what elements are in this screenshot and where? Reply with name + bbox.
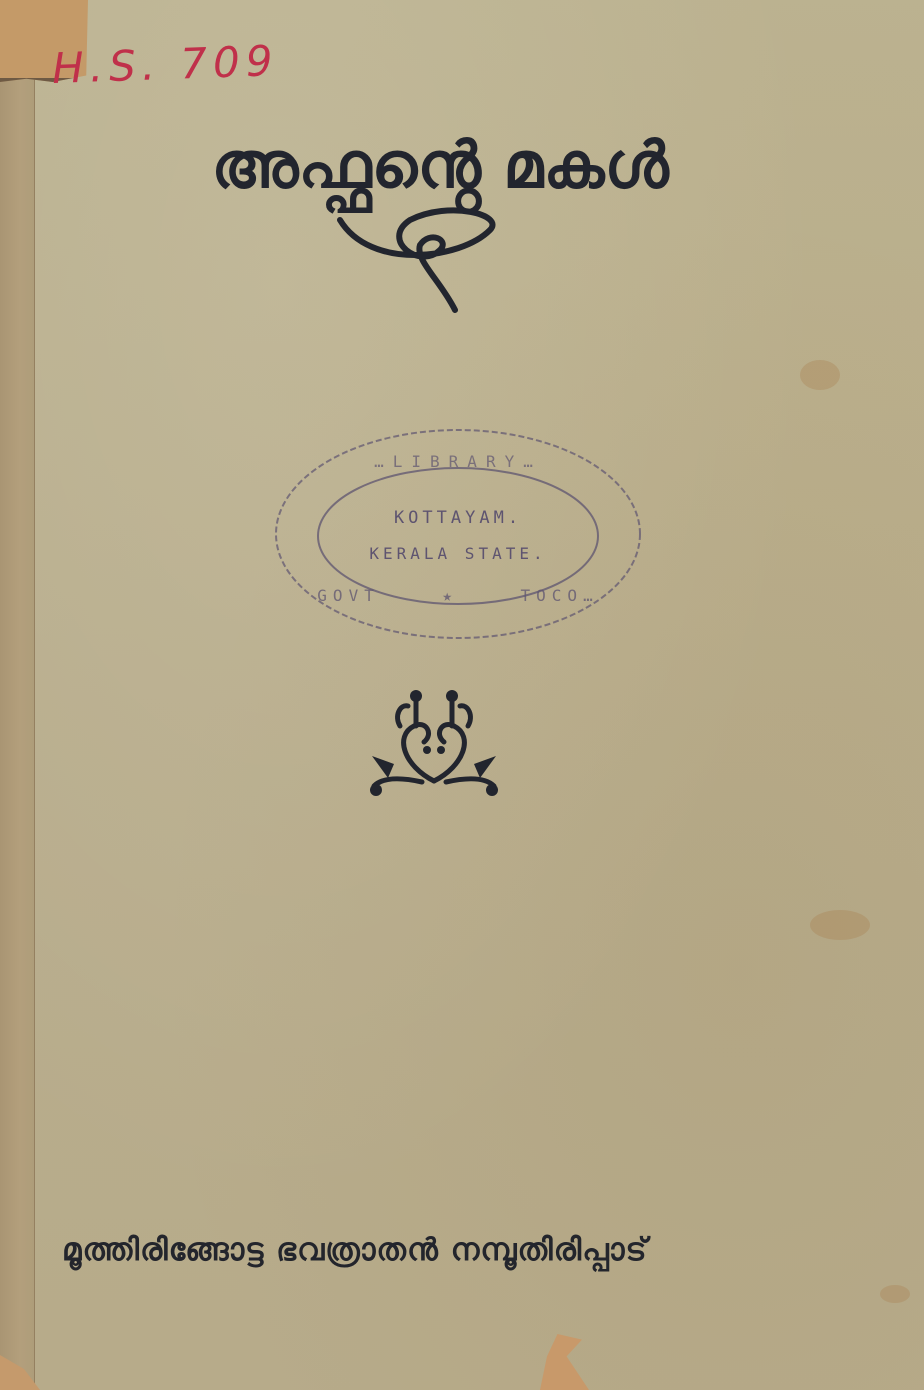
book-cover: H.S. 709 അഫ്ഫൻ്റെ മകൾ …LIBRARY… KOTTAYAM… [0, 0, 924, 1390]
stamp-city: KOTTAYAM. [272, 508, 644, 528]
stamp-star-icon: ★ [442, 586, 458, 605]
book-title: അഫ്ഫൻ്റെ മകൾ [140, 128, 740, 203]
fleuron-ornament-icon [364, 686, 504, 802]
title-flourish-icon [330, 200, 510, 320]
author-name: മൂത്തിരിങ്ങോട്ട ഭവത്രാതൻ നമ്പൂതിരിപ്പാട് [62, 1232, 842, 1269]
stamp-state: KERALA STATE. [272, 544, 644, 563]
stamp-arc-top-text: …LIBRARY… [272, 452, 644, 471]
stamp-arc-bottom-right: TOCO… [521, 586, 599, 605]
shelf-mark-handwritten: H.S. 709 [51, 36, 279, 93]
paper-stain [800, 360, 840, 390]
library-stamp: …LIBRARY… KOTTAYAM. KERALA STATE. GOVT ★… [272, 424, 644, 644]
spine-edge [0, 0, 35, 1390]
stamp-arc-bottom-text: GOVT ★ TOCO… [272, 586, 644, 605]
paper-stain [810, 910, 870, 940]
stamp-arc-bottom-left: GOVT [317, 586, 380, 605]
torn-tape-bottom [540, 1334, 610, 1390]
paper-stain [880, 1285, 910, 1303]
